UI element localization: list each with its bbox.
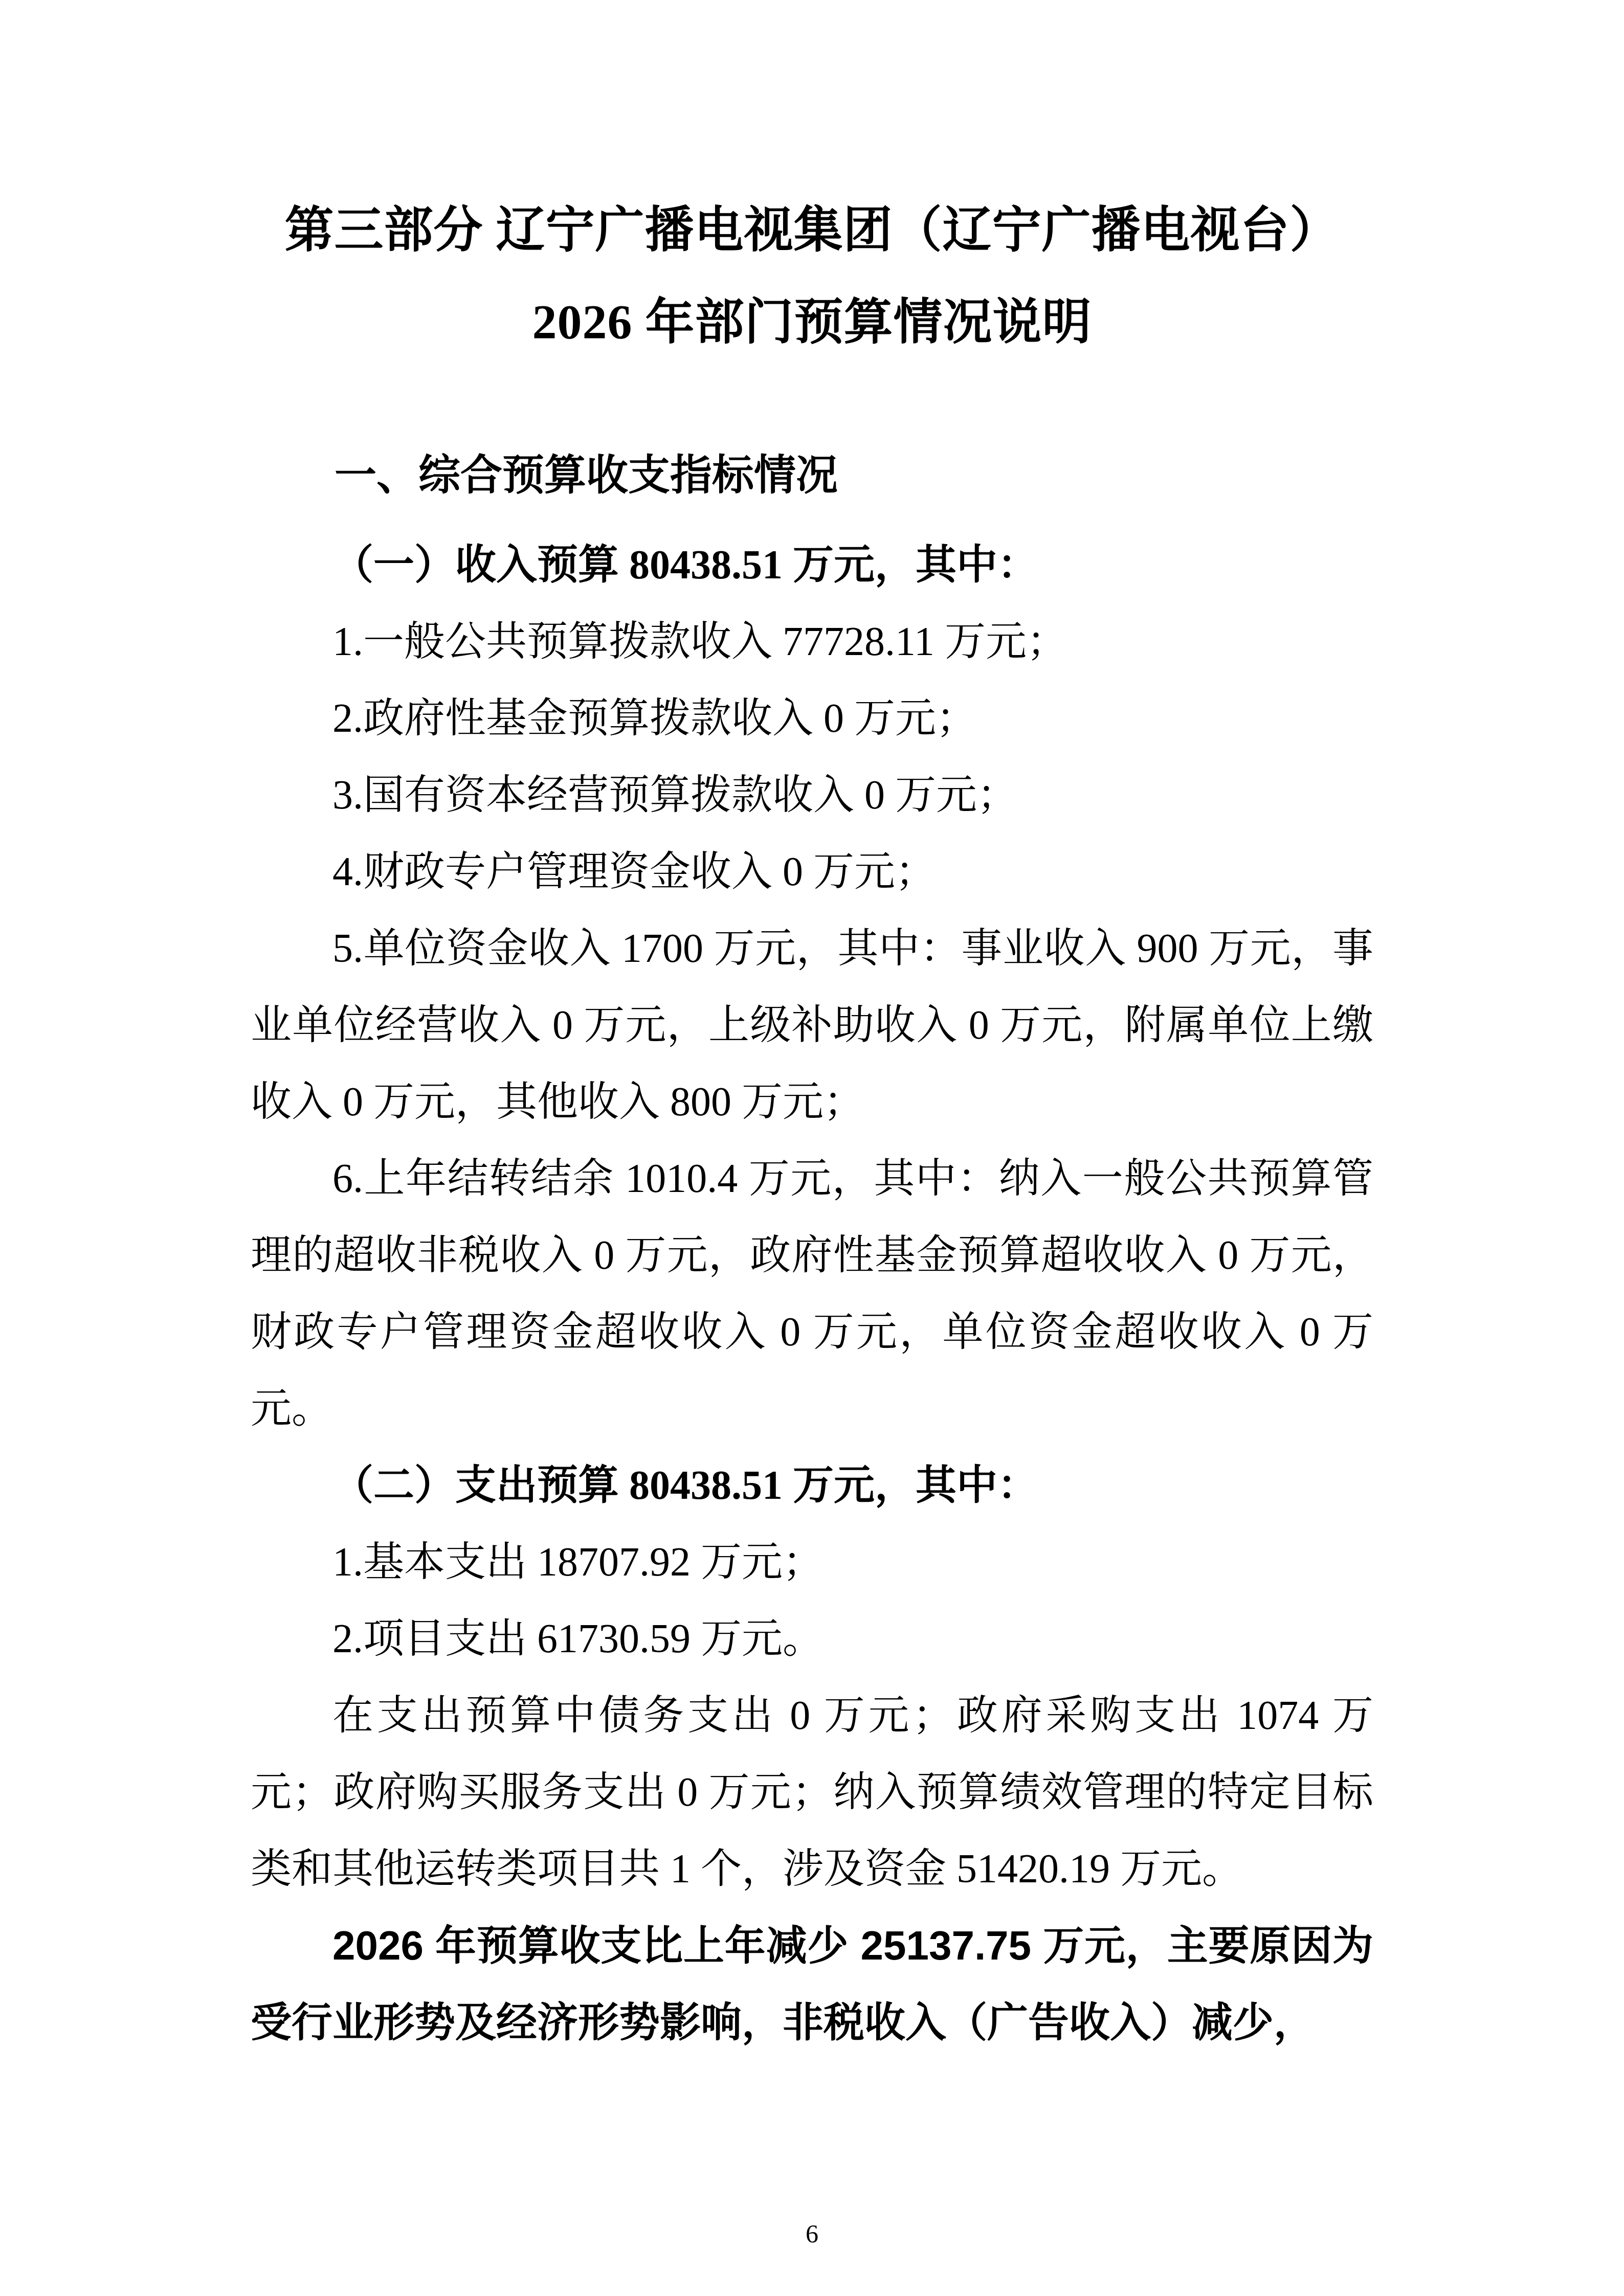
paragraph-state-capital-income: 3.国有资本经营预算拨款收入 0 万元； xyxy=(251,757,1373,834)
paragraph-unit-fund-income: 5.单位资金收入 1700 万元，其中：事业收入 900 万元，事业单位经营收入… xyxy=(251,910,1373,1140)
doc-title-line1: 第三部分 辽宁广播电视集团（辽宁广播电视台） xyxy=(251,184,1373,276)
subsection-heading-income-budget: （一）收入预算 80438.51 万元，其中： xyxy=(251,527,1373,603)
paragraph-government-fund-income: 2.政府性基金预算拨款收入 0 万元； xyxy=(251,680,1373,757)
paragraph-basic-expenditure: 1.基本支出 18707.92 万元； xyxy=(251,1524,1373,1601)
page-number: 6 xyxy=(0,2219,1624,2248)
paragraph-expenditure-details: 在支出预算中债务支出 0 万元；政府采购支出 1074 万元；政府购买服务支出 … xyxy=(251,1677,1373,1907)
subsection-heading-expenditure-budget: （二）支出预算 80438.51 万元，其中： xyxy=(251,1447,1373,1524)
section-heading-comprehensive-budget: 一、综合预算收支指标情况 xyxy=(251,437,1373,514)
doc-title-line2: 2026 年部门预算情况说明 xyxy=(251,276,1373,368)
paragraph-fiscal-special-account-income: 4.财政专户管理资金收入 0 万元； xyxy=(251,834,1373,910)
document-page: 第三部分 辽宁广播电视集团（辽宁广播电视台） 2026 年部门预算情况说明 一、… xyxy=(0,0,1624,2296)
paragraph-carryover-balance: 6.上年结转结余 1010.4 万元，其中：纳入一般公共预算管理的超收非税收入 … xyxy=(251,1140,1373,1447)
paragraph-general-public-budget-income: 1.一般公共预算拨款收入 77728.11 万元； xyxy=(251,603,1373,680)
paragraph-budget-decrease-reason: 2026 年预算收支比上年减少 25137.75 万元，主要原因为受行业形势及经… xyxy=(251,1907,1373,2061)
document-content: 第三部分 辽宁广播电视集团（辽宁广播电视台） 2026 年部门预算情况说明 一、… xyxy=(251,184,1373,2061)
doc-title: 第三部分 辽宁广播电视集团（辽宁广播电视台） 2026 年部门预算情况说明 xyxy=(251,184,1373,368)
paragraph-project-expenditure: 2.项目支出 61730.59 万元。 xyxy=(251,1601,1373,1677)
